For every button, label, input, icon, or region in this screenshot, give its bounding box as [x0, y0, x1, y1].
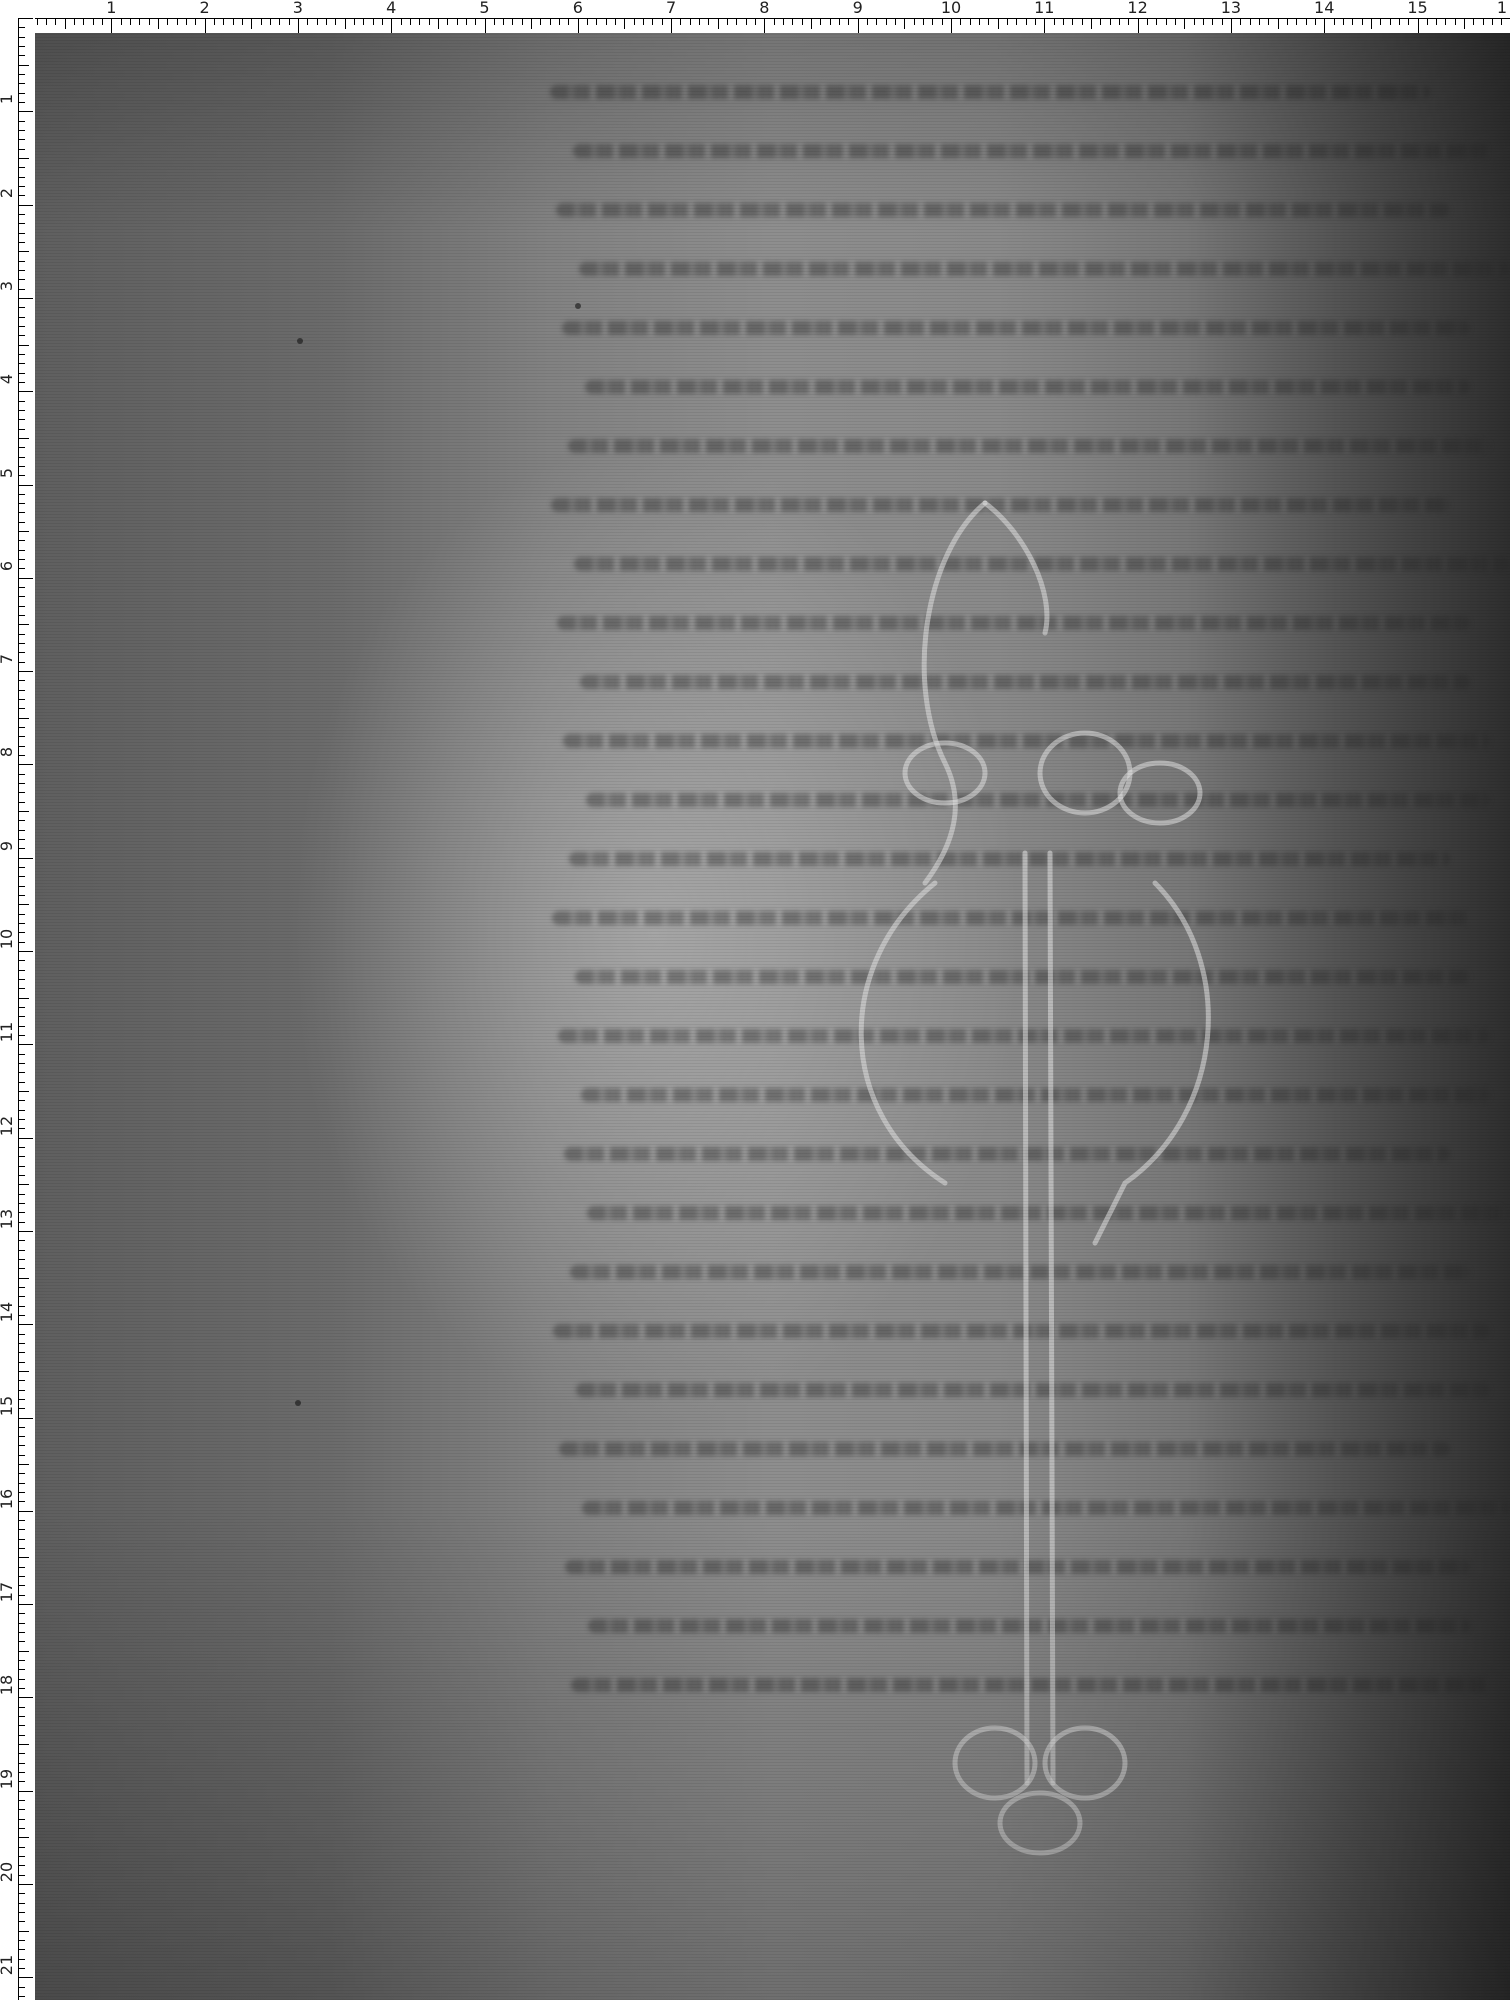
ruler-tick — [18, 643, 25, 644]
ruler-tick — [18, 811, 29, 812]
ruler-label: 7 — [0, 647, 15, 671]
ruler-tick — [18, 1231, 33, 1232]
ruler-tick — [18, 1837, 29, 1838]
ruler-tick — [1138, 18, 1139, 33]
ruler-tick — [522, 18, 523, 25]
ruler-tick — [18, 475, 25, 476]
ruler-tick — [1026, 18, 1027, 25]
ruler-tick — [18, 1996, 25, 1997]
ruler-label: 6 — [0, 554, 15, 578]
ruler-tick — [18, 373, 25, 374]
ruler-tick — [18, 1809, 25, 1810]
ruler-tick — [214, 18, 215, 25]
ruler-tick — [102, 18, 103, 25]
ruler-tick — [18, 1082, 25, 1083]
ruler-tick — [540, 18, 541, 25]
ruler-tick — [18, 1222, 25, 1223]
ruler-tick — [18, 979, 25, 980]
ruler-tick — [18, 466, 25, 467]
ruler-label: 9 — [0, 834, 15, 858]
ruler-tick — [18, 1847, 25, 1848]
ruler-tick — [1343, 18, 1344, 25]
ruler-label: 14 — [1314, 0, 1334, 16]
ruler-tick — [18, 37, 25, 38]
ruler-tick — [18, 177, 25, 178]
ruler-tick — [18, 1688, 25, 1689]
ruler-tick — [1166, 18, 1167, 25]
ruler-tick — [18, 1520, 25, 1521]
ruler-tick — [18, 1408, 25, 1409]
ruler-tick — [1119, 18, 1120, 25]
ruler-label: 15 — [0, 1394, 15, 1418]
ruler-tick — [18, 1884, 33, 1885]
ruler-tick — [18, 1557, 29, 1558]
ruler-tick — [18, 1772, 25, 1773]
ruler-tick — [587, 18, 588, 25]
ruler-tick — [18, 764, 33, 765]
ruler-tick — [1399, 18, 1400, 25]
ruler-tick — [83, 18, 84, 25]
ruler-tick — [708, 18, 709, 25]
ruler-tick — [802, 18, 803, 25]
ruler-tick — [18, 74, 25, 75]
ruler-tick — [18, 1576, 25, 1577]
ruler-tick — [1464, 18, 1465, 29]
ruler-tick — [18, 512, 25, 513]
ruler-label: 13 — [0, 1207, 15, 1231]
ruler-tick — [18, 121, 25, 122]
ruler-tick — [18, 1315, 25, 1316]
ruler-tick — [18, 848, 25, 849]
ruler-tick — [18, 1940, 25, 1941]
ruler-tick — [1408, 18, 1409, 25]
ruler-tick — [18, 1044, 33, 1045]
ruler-label: 4 — [0, 367, 15, 391]
ruler-tick — [391, 18, 392, 33]
ruler-tick — [307, 18, 308, 25]
ruler-tick — [18, 662, 25, 663]
manuscript-scan — [35, 33, 1510, 2000]
ruler-tick — [1194, 18, 1195, 25]
ruler-tick — [1380, 18, 1381, 25]
ruler-tick — [401, 18, 402, 25]
ruler-tick — [18, 1203, 25, 1204]
ruler-tick — [18, 727, 25, 728]
ruler-tick — [764, 18, 765, 33]
ruler-tick — [18, 186, 25, 187]
ruler-tick — [1222, 18, 1223, 25]
ruler-tick — [1436, 18, 1437, 25]
ruler-tick — [596, 18, 597, 25]
ruler-tick — [18, 363, 25, 364]
ruler-tick — [932, 18, 933, 25]
ruler-tick — [410, 18, 411, 25]
ruler-tick — [998, 18, 999, 29]
ruler-tick — [18, 596, 25, 597]
ruler-tick — [1445, 18, 1446, 25]
ruler-tick — [1091, 18, 1092, 29]
ruler-tick — [895, 18, 896, 25]
ruler-tick — [811, 18, 812, 29]
ruler-tick — [326, 18, 327, 25]
ruler-tick — [18, 167, 25, 168]
ruler-tick — [18, 1856, 25, 1857]
ruler-tick — [1184, 18, 1185, 29]
ruler-tick — [1268, 18, 1269, 25]
ruler-tick — [186, 18, 187, 25]
ruler-tick — [18, 1921, 25, 1922]
ruler-label: 2 — [0, 181, 15, 205]
ruler-tick — [18, 1641, 25, 1642]
ruler-label: 16 — [0, 1487, 15, 1511]
scan-lines — [35, 33, 1510, 2000]
ruler-tick — [18, 783, 25, 784]
ruler-tick — [18, 1735, 25, 1736]
ruler-tick — [18, 540, 25, 541]
ruler-tick — [18, 904, 29, 905]
ruler-tick — [18, 457, 25, 458]
ruler-tick — [18, 1931, 29, 1932]
ruler-tick — [18, 335, 25, 336]
ruler-tick — [382, 18, 383, 25]
ruler-tick — [121, 18, 122, 25]
ruler-tick — [18, 1091, 29, 1092]
ruler-tick — [270, 18, 271, 25]
ruler-tick — [466, 18, 467, 25]
ruler-label: 18 — [0, 1673, 15, 1697]
ruler-tick — [634, 18, 635, 25]
ruler-tick — [18, 718, 29, 719]
ruler-tick — [1492, 18, 1493, 25]
ruler-tick — [205, 18, 206, 33]
ruler-tick — [447, 18, 448, 25]
ruler-tick — [18, 1119, 25, 1120]
ruler-tick — [1483, 18, 1484, 25]
ruler-tick — [18, 1436, 25, 1437]
ruler-tick — [18, 1511, 33, 1512]
ruler-tick — [18, 802, 25, 803]
ruler-tick — [727, 18, 728, 25]
ruler-tick — [18, 214, 25, 215]
ruler-tick — [923, 18, 924, 25]
ruler-tick — [18, 1138, 33, 1139]
ruler-tick — [335, 18, 336, 25]
ruler-tick — [1278, 18, 1279, 29]
ruler-label: 8 — [0, 740, 15, 764]
ruler-tick — [177, 18, 178, 25]
ruler-tick — [1240, 18, 1241, 25]
ruler-tick — [233, 18, 234, 25]
ruler-label: 21 — [0, 1953, 15, 1977]
ruler-label: 15 — [1407, 0, 1427, 16]
ruler-tick — [18, 1380, 25, 1381]
ruler-tick — [18, 1529, 25, 1530]
ruler-tick — [18, 1343, 25, 1344]
ruler-tick — [18, 988, 25, 989]
ruler-tick — [18, 1679, 25, 1680]
ruler-tick — [18, 792, 25, 793]
ruler-tick — [18, 578, 33, 579]
ruler-label: 4 — [386, 0, 396, 16]
ruler-tick — [475, 18, 476, 25]
ruler-tick — [18, 270, 25, 271]
ruler-tick — [18, 307, 25, 308]
ruler-tick — [18, 1464, 29, 1465]
ruler-tick — [18, 951, 33, 952]
ruler-tick — [18, 317, 25, 318]
ruler-tick — [18, 233, 25, 234]
ruler-tick — [18, 1427, 25, 1428]
ruler-tick — [1501, 18, 1502, 25]
ruler-tick — [18, 1362, 25, 1363]
ruler-tick — [1306, 18, 1307, 25]
ruler-tick — [18, 1660, 25, 1661]
ruler-tick — [18, 382, 25, 383]
ruler-tick — [18, 1567, 25, 1568]
ruler-tick — [18, 858, 33, 859]
ruler-tick — [979, 18, 980, 25]
ruler-tick — [736, 18, 737, 25]
ruler-tick — [18, 746, 25, 747]
ruler-tick — [1371, 18, 1372, 29]
left-ruler: 123456789101112131415161718192021 — [0, 0, 35, 2000]
ruler-tick — [18, 1707, 25, 1708]
ruler-tick — [18, 1613, 25, 1614]
ruler-tick — [195, 18, 196, 25]
ruler-tick — [261, 18, 262, 25]
ruler-tick — [419, 18, 420, 25]
ruler-label: 10 — [0, 927, 15, 951]
ruler-tick — [18, 447, 25, 448]
ruler-label: 14 — [0, 1300, 15, 1324]
ruler-tick — [18, 876, 25, 877]
ruler-tick — [485, 18, 486, 33]
ruler-tick — [18, 774, 25, 775]
ruler-tick — [223, 18, 224, 25]
ruler-tick — [606, 18, 607, 25]
ruler-tick — [354, 18, 355, 25]
ruler-tick — [18, 1501, 25, 1502]
ruler-tick — [1063, 18, 1064, 25]
ruler-label: 1 — [1497, 0, 1507, 16]
ruler-label: 8 — [759, 0, 769, 16]
ruler-tick — [848, 18, 849, 25]
ruler-tick — [18, 345, 29, 346]
ruler-tick — [429, 18, 430, 25]
ruler-tick — [18, 671, 33, 672]
ruler-label: 7 — [666, 0, 676, 16]
ruler-tick — [1110, 18, 1111, 25]
ruler-tick — [1128, 18, 1129, 25]
ruler-tick — [242, 18, 243, 25]
ruler-tick — [18, 1893, 25, 1894]
ruler-tick — [18, 1632, 25, 1633]
ruler-tick — [951, 18, 952, 33]
ruler-tick — [1352, 18, 1353, 25]
ruler-tick — [18, 1175, 25, 1176]
ruler-tick — [18, 205, 33, 206]
ruler-tick — [149, 18, 150, 25]
ruler-tick — [960, 18, 961, 25]
ruler-tick — [18, 1781, 25, 1782]
ruler-tick — [531, 18, 532, 29]
ruler-tick — [251, 18, 252, 29]
ruler-tick — [438, 18, 439, 29]
ruler-tick — [18, 839, 25, 840]
ruler-label: 12 — [0, 1114, 15, 1138]
ruler-label: 11 — [1034, 0, 1054, 16]
ruler-tick — [970, 18, 971, 25]
ruler-tick — [18, 158, 29, 159]
ruler-tick — [18, 1147, 25, 1148]
ruler-tick — [18, 279, 25, 280]
ruler-tick — [512, 18, 513, 25]
ruler-label: 11 — [0, 1020, 15, 1044]
ruler-tick — [167, 18, 168, 25]
ruler-tick — [18, 1977, 33, 1978]
ruler-tick — [18, 1371, 29, 1372]
ruler-tick — [18, 960, 25, 961]
ruler-tick — [18, 1390, 25, 1391]
ruler-tick — [18, 1166, 25, 1167]
ruler-tick — [718, 18, 719, 29]
ruler-tick — [18, 923, 25, 924]
ruler-tick — [298, 18, 299, 33]
ruler-tick — [18, 1753, 25, 1754]
ruler-tick — [18, 680, 25, 681]
ruler-tick — [18, 503, 25, 504]
ruler-label: 5 — [0, 461, 15, 485]
ruler-label: 19 — [0, 1767, 15, 1791]
ruler-tick — [18, 998, 29, 999]
ruler-tick — [550, 18, 551, 25]
ruler-tick — [18, 1473, 25, 1474]
ruler-tick — [18, 559, 25, 560]
ruler-tick — [317, 18, 318, 25]
ruler-tick — [18, 755, 25, 756]
ruler-tick — [755, 18, 756, 25]
ruler-tick — [1231, 18, 1232, 33]
ruler-tick — [18, 261, 25, 262]
ruler-tick — [18, 531, 29, 532]
ruler-tick — [18, 1585, 25, 1586]
ruler-tick — [18, 1035, 25, 1036]
ruler-tick — [18, 1912, 25, 1913]
ruler-tick — [18, 251, 29, 252]
ruler-tick — [18, 1744, 29, 1745]
ruler-tick — [18, 1156, 25, 1157]
ruler-tick — [1250, 18, 1251, 25]
ruler-tick — [18, 419, 25, 420]
ruler-tick — [1100, 18, 1101, 25]
ruler-tick — [345, 18, 346, 29]
ruler-tick — [18, 1483, 25, 1484]
ruler-tick — [18, 1623, 25, 1624]
ruler-tick — [774, 18, 775, 25]
ruler-tick — [830, 18, 831, 25]
ruler-tick — [18, 1959, 25, 1960]
ruler-tick — [18, 1865, 25, 1866]
ruler-tick — [18, 615, 25, 616]
ruler-tick — [18, 1987, 25, 1988]
ruler-tick — [494, 18, 495, 25]
ruler-tick — [18, 1100, 25, 1101]
ruler-tick — [559, 18, 560, 25]
ruler-tick — [18, 18, 33, 19]
ruler-tick — [18, 1418, 33, 1419]
ruler-tick — [18, 485, 33, 486]
ruler-tick — [18, 1352, 25, 1353]
ruler-tick — [18, 1306, 25, 1307]
ruler-tick — [18, 1212, 25, 1213]
ruler-tick — [18, 1725, 25, 1726]
ruler-label: 10 — [941, 0, 961, 16]
ruler-tick — [1455, 18, 1456, 25]
ruler-tick — [1007, 18, 1008, 25]
ruler-tick — [18, 1259, 25, 1260]
ruler-tick — [18, 298, 33, 299]
ruler-tick — [18, 1604, 33, 1605]
ruler-label: 3 — [0, 274, 15, 298]
ruler-tick — [643, 18, 644, 25]
ruler-tick — [1203, 18, 1204, 25]
ruler-label: 3 — [293, 0, 303, 16]
ruler-tick — [18, 1110, 25, 1111]
ruler-tick — [1212, 18, 1213, 25]
ruler-tick — [18, 606, 25, 607]
ruler-tick — [18, 354, 25, 355]
ruler-tick — [363, 18, 364, 25]
ruler-label: 12 — [1127, 0, 1147, 16]
ruler-tick — [18, 93, 25, 94]
ruler-tick — [1362, 18, 1363, 25]
ruler-tick — [18, 326, 25, 327]
ruler-label: 6 — [573, 0, 583, 16]
ruler-tick — [18, 1054, 25, 1055]
ruler-tick — [18, 1324, 33, 1325]
ruler-tick — [820, 18, 821, 25]
ruler-tick — [1156, 18, 1157, 25]
ruler-tick — [18, 1250, 25, 1251]
ruler-tick — [18, 1072, 25, 1073]
ruler-tick — [18, 522, 25, 523]
ruler-tick — [65, 18, 66, 29]
ruler-tick — [18, 65, 29, 66]
ruler-tick — [18, 830, 25, 831]
ruler-tick — [624, 18, 625, 29]
ruler-tick — [690, 18, 691, 25]
ruler-tick — [18, 46, 25, 47]
ruler-tick — [1418, 18, 1419, 33]
ruler-tick — [839, 18, 840, 25]
ruler-tick — [578, 18, 579, 33]
ruler-tick — [680, 18, 681, 25]
ruler-tick — [1259, 18, 1260, 25]
ruler-tick — [18, 102, 25, 103]
ruler-tick — [18, 867, 25, 868]
ruler-tick — [139, 18, 140, 25]
ruler-tick — [1315, 18, 1316, 25]
ruler-tick — [18, 568, 25, 569]
ruler-tick — [876, 18, 877, 25]
ruler-tick — [18, 1949, 25, 1950]
ruler-tick — [858, 18, 859, 33]
ruler-label: 5 — [479, 0, 489, 16]
ruler-tick — [18, 195, 25, 196]
ruler-tick — [18, 410, 25, 411]
ruler-tick — [18, 1268, 25, 1269]
ruler-tick — [18, 708, 25, 709]
